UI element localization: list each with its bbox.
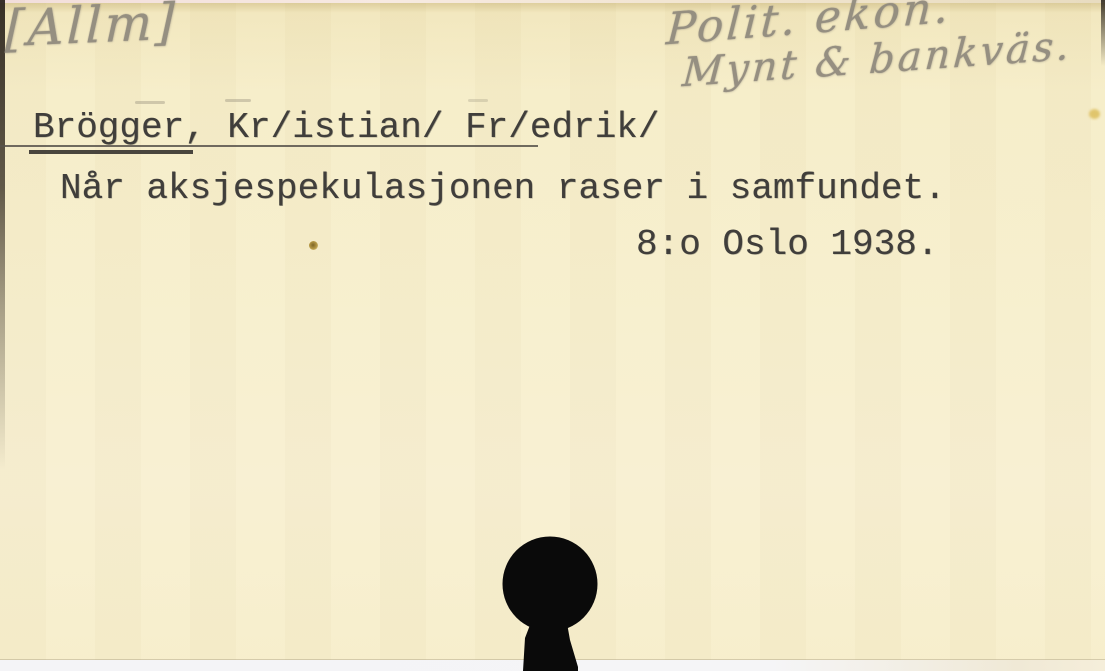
handwritten-classification-mark: [Allm] xyxy=(4,0,178,58)
ink-ghost-mark xyxy=(135,101,165,104)
card-left-edge-shadow xyxy=(0,0,5,470)
rod-hole-keyhole-cutout xyxy=(470,520,630,671)
stain-speck xyxy=(309,241,318,250)
ink-ghost-mark xyxy=(468,99,488,102)
scanned-catalog-card-image: [Allm] Polit. ekon. Mynt & bankväs. Brög… xyxy=(0,0,1105,671)
surname-double-underline xyxy=(29,150,193,154)
author-heading: Brögger, Kr/istian/ Fr/edrik/ xyxy=(33,110,660,146)
ink-ghost-mark xyxy=(225,99,251,102)
heading-underline xyxy=(0,145,538,147)
title-line: Når aksjespekulasjonen raser i samfundet… xyxy=(60,171,946,207)
card-right-edge-shadow xyxy=(1101,0,1105,66)
yellow-stain xyxy=(1089,109,1100,119)
imprint-line: 8:o Oslo 1938. xyxy=(636,227,938,263)
